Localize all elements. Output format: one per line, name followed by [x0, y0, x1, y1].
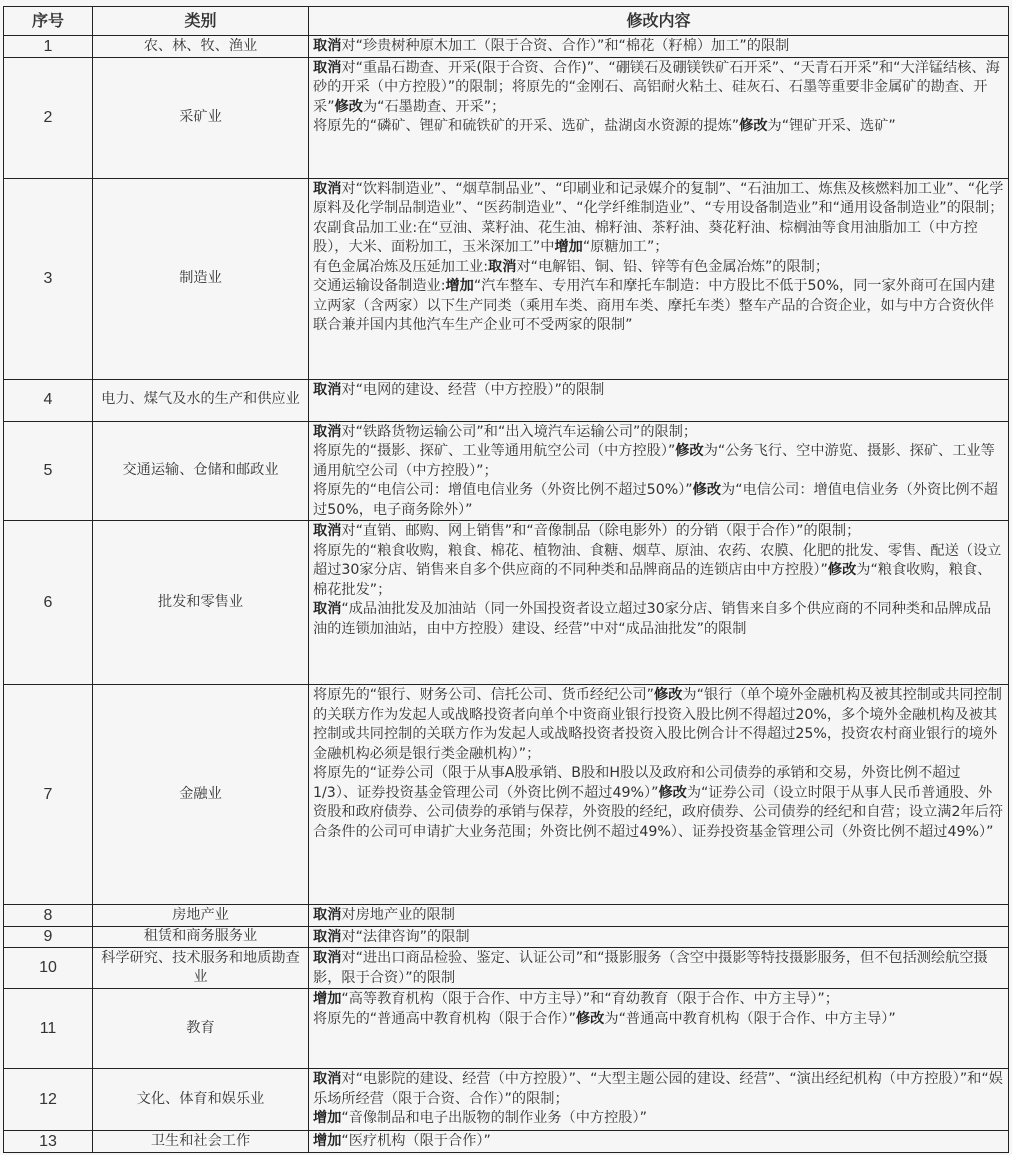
row-number: 10 — [4, 948, 93, 989]
content-text: 对“铁路货物运输公司”和“出入境汽车运输公司”的限制； — [341, 424, 697, 440]
action-keyword: 增加 — [554, 239, 582, 255]
action-keyword: 增加 — [313, 1110, 341, 1126]
row-category: 电力、煤气及水的生产和供应业 — [93, 379, 309, 421]
content-line: 取消对房地产业的限制 — [313, 906, 1004, 926]
content-line: 将原先的“磷矿、锂矿和硫铁矿的开采、选矿，盐湖卤水资源的提炼”修改为“锂矿开采、… — [313, 117, 1004, 137]
row-category: 卫生和社会工作 — [93, 1131, 309, 1153]
content-text: 将原先的“磷矿、锂矿和硫铁矿的开采、选矿，盐湖卤水资源的提炼” — [313, 118, 739, 134]
row-category: 租赁和商务服务业 — [93, 926, 309, 948]
content-text: “医疗机构（限于合作）” — [341, 1133, 490, 1149]
content-line: 取消对“饮料制造业”、“烟草制品业”、“印刷业和记录媒介的复制”、“石油加工、炼… — [313, 180, 1004, 219]
revision-table: 序号 类别 修改内容 1农、林、牧、渔业取消对“珍贵树种原木加工（限于合资、合作… — [3, 6, 1009, 1153]
row-content: 将原先的“银行、财务公司、信托公司、货币经纪公司”修改为“银行（单个境外金融机构… — [309, 685, 1009, 905]
row-category: 教育 — [93, 989, 309, 1069]
content-text: 有色金属冶炼及压延加工业: — [313, 259, 488, 275]
action-keyword: 取消 — [488, 259, 516, 275]
table-row: 6批发和零售业取消对“直销、邮购、网上销售”和“音像制品（除电影外）的分销（限于… — [4, 521, 1009, 685]
row-category: 文化、体育和娱乐业 — [93, 1069, 309, 1131]
content-line: 取消对“法律咨询”的限制 — [313, 928, 1004, 948]
row-number: 9 — [4, 926, 93, 948]
table-row: 3制造业取消对“饮料制造业”、“烟草制品业”、“印刷业和记录媒介的复制”、“石油… — [4, 178, 1009, 379]
content-text: “原糖加工”； — [583, 239, 669, 255]
content-line: 将原先的“电信公司：增值电信业务（外资比例不超过50%）”修改为“电信公司：增值… — [313, 481, 1004, 520]
action-keyword: 取消 — [313, 1071, 341, 1087]
row-content: 取消对房地产业的限制 — [309, 905, 1009, 927]
content-text: 对“电影院的建设、经营（中方控股）”、“大型主题公园的建设、经营”、“演出经纪机… — [313, 1071, 1003, 1107]
row-number: 6 — [4, 521, 93, 685]
row-number: 1 — [4, 36, 93, 58]
content-text: “高等教育机构（限于合作、中方主导）”和“育幼教育（限于合作、中方主导）”； — [341, 991, 839, 1007]
table-row: 4电力、煤气及水的生产和供应业取消对“电网的建设、经营（中方控股）”的限制 — [4, 379, 1009, 421]
action-keyword: 修改 — [576, 1011, 604, 1027]
action-keyword: 取消 — [313, 382, 341, 398]
content-line: 增加“音像制品和电子出版物的制作业务（中方控股）” — [313, 1109, 1004, 1129]
action-keyword: 取消 — [313, 181, 341, 197]
row-content: 取消对“珍贵树种原木加工（限于合资、合作）”和“棉花（籽棉）加工”的限制 — [309, 36, 1009, 58]
action-keyword: 取消 — [313, 950, 341, 966]
content-line: 取消对“电网的建设、经营（中方控股）”的限制 — [313, 381, 1004, 401]
row-number: 3 — [4, 178, 93, 379]
row-number: 2 — [4, 57, 93, 178]
row-number: 5 — [4, 421, 93, 521]
table-body: 1农、林、牧、渔业取消对“珍贵树种原木加工（限于合资、合作）”和“棉花（籽棉）加… — [4, 36, 1009, 1153]
row-number: 11 — [4, 989, 93, 1069]
action-keyword: 取消 — [313, 929, 341, 945]
content-text: 为“锂矿开采、选矿” — [768, 118, 896, 134]
row-number: 13 — [4, 1131, 93, 1153]
table-row: 10科学研究、技术服务和地质勘查业取消对“进出口商品检验、鉴定、认证公司”和“摄… — [4, 948, 1009, 989]
action-keyword: 修改 — [675, 443, 703, 459]
row-content: 取消对“进出口商品检验、鉴定、认证公司”和“摄影服务（含空中摄影等特技摄影服务，… — [309, 948, 1009, 989]
content-text: 将原先的“普通高中教育机构（限于合作）” — [313, 1011, 576, 1027]
content-line: 取消对“电影院的建设、经营（中方控股）”、“大型主题公园的建设、经营”、“演出经… — [313, 1070, 1004, 1109]
action-keyword: 取消 — [313, 60, 341, 76]
table-row: 13卫生和社会工作增加“医疗机构（限于合作）” — [4, 1131, 1009, 1153]
action-keyword: 取消 — [313, 523, 341, 539]
header-number: 序号 — [4, 7, 93, 36]
row-content: 取消对“电网的建设、经营（中方控股）”的限制 — [309, 379, 1009, 421]
row-content: 取消对“重晶石勘查、开采(限于合资、合作)”、“硼镁石及硼镁铁矿石开采”、“天青… — [309, 57, 1009, 178]
action-keyword: 取消 — [313, 424, 341, 440]
row-content: 增加“高等教育机构（限于合作、中方主导）”和“育幼教育（限于合作、中方主导）”；… — [309, 989, 1009, 1069]
table-row: 12文化、体育和娱乐业取消对“电影院的建设、经营（中方控股）”、“大型主题公园的… — [4, 1069, 1009, 1131]
row-content: 取消对“饮料制造业”、“烟草制品业”、“印刷业和记录媒介的复制”、“石油加工、炼… — [309, 178, 1009, 379]
header-content: 修改内容 — [309, 7, 1009, 36]
content-line: 将原先的“证券公司（限于从事A股承销、B股和H股以及政府和公司债券的承销和交易，… — [313, 764, 1004, 842]
table-row: 9租赁和商务服务业取消对“法律咨询”的限制 — [4, 926, 1009, 948]
table-row: 8房地产业取消对房地产业的限制 — [4, 905, 1009, 927]
row-category: 金融业 — [93, 685, 309, 905]
content-text: 对“进出口商品检验、鉴定、认证公司”和“摄影服务（含空中摄影等特技摄影服务，但不… — [313, 950, 988, 986]
row-number: 7 — [4, 685, 93, 905]
content-line: 将原先的“普通高中教育机构（限于合作）”修改为“普通高中教育机构（限于合作、中方… — [313, 1010, 1004, 1030]
content-text: 对房地产业的限制 — [341, 907, 455, 923]
content-text: 将原先的“电信公司：增值电信业务（外资比例不超过50%）” — [313, 482, 693, 498]
action-keyword: 增加 — [313, 1133, 341, 1149]
content-text: 对“直销、邮购、网上销售”和“音像制品（除电影外）的分销（限于合作）”的限制； — [341, 523, 860, 539]
content-text: 对“珍贵树种原木加工（限于合资、合作）”和“棉花（籽棉）加工”的限制 — [341, 38, 789, 54]
action-keyword: 修改 — [828, 562, 856, 578]
content-line: 交通运输设备制造业:增加“汽车整车、专用汽车和摩托车制造：中方股比不低于50%，… — [313, 277, 1004, 336]
row-content: 取消对“电影院的建设、经营（中方控股）”、“大型主题公园的建设、经营”、“演出经… — [309, 1069, 1009, 1131]
action-keyword: 修改 — [739, 118, 767, 134]
table-row: 5交通运输、仓储和邮政业取消对“铁路货物运输公司”和“出入境汽车运输公司”的限制… — [4, 421, 1009, 521]
content-text: 为“石墨勘查、开采”； — [363, 99, 505, 115]
table-row: 7金融业将原先的“银行、财务公司、信托公司、货币经纪公司”修改为“银行（单个境外… — [4, 685, 1009, 905]
table-row: 1农、林、牧、渔业取消对“珍贵树种原木加工（限于合资、合作）”和“棉花（籽棉）加… — [4, 36, 1009, 58]
row-number: 12 — [4, 1069, 93, 1131]
content-line: 有色金属冶炼及压延加工业:取消对“电解铝、铜、铅、锌等有色金属冶炼”的限制； — [313, 258, 1004, 278]
header-category: 类别 — [93, 7, 309, 36]
row-category: 农、林、牧、渔业 — [93, 36, 309, 58]
content-text: 为“普通高中教育机构（限于合作、中方主导）” — [604, 1011, 895, 1027]
action-keyword: 修改 — [335, 99, 363, 115]
content-line: 取消对“重晶石勘查、开采(限于合资、合作)”、“硼镁石及硼镁铁矿石开采”、“天青… — [313, 59, 1004, 118]
content-text: 对“电网的建设、经营（中方控股）”的限制 — [341, 382, 604, 398]
action-keyword: 增加 — [313, 991, 341, 1007]
row-category: 交通运输、仓储和邮政业 — [93, 421, 309, 521]
content-text: 将原先的“摄影、探矿、工业等通用航空公司（中方控股）” — [313, 443, 675, 459]
content-line: 增加“高等教育机构（限于合作、中方主导）”和“育幼教育（限于合作、中方主导）”； — [313, 990, 1004, 1010]
content-text: 对“电解铝、铜、铅、锌等有色金属冶炼”的限制； — [516, 259, 829, 275]
content-line: 取消对“铁路货物运输公司”和“出入境汽车运输公司”的限制； — [313, 423, 1004, 443]
action-keyword: 取消 — [313, 907, 341, 923]
row-category: 制造业 — [93, 178, 309, 379]
row-content: 增加“医疗机构（限于合作）” — [309, 1131, 1009, 1153]
table-header-row: 序号 类别 修改内容 — [4, 7, 1009, 36]
row-number: 4 — [4, 379, 93, 421]
content-line: 取消对“进出口商品检验、鉴定、认证公司”和“摄影服务（含空中摄影等特技摄影服务，… — [313, 949, 1004, 988]
action-keyword: 修改 — [658, 785, 686, 801]
content-line: 取消“成品油批发及加油站（同一外国投资者设立超过30家分店、销售来自多个供应商的… — [313, 600, 1004, 639]
row-category: 科学研究、技术服务和地质勘查业 — [93, 948, 309, 989]
content-line: 农副食品加工业:在“豆油、菜籽油、花生油、棉籽油、茶籽油、葵花籽油、棕榈油等食用… — [313, 219, 1004, 258]
row-number: 8 — [4, 905, 93, 927]
row-category: 房地产业 — [93, 905, 309, 927]
table-row: 2采矿业取消对“重晶石勘查、开采(限于合资、合作)”、“硼镁石及硼镁铁矿石开采”… — [4, 57, 1009, 178]
content-text: 交通运输设备制造业: — [313, 278, 445, 294]
content-line: 将原先的“银行、财务公司、信托公司、货币经纪公司”修改为“银行（单个境外金融机构… — [313, 686, 1004, 764]
row-content: 取消对“铁路货物运输公司”和“出入境汽车运输公司”的限制；将原先的“摄影、探矿、… — [309, 421, 1009, 521]
action-keyword: 取消 — [313, 601, 341, 617]
action-keyword: 增加 — [445, 278, 473, 294]
row-content: 取消对“直销、邮购、网上销售”和“音像制品（除电影外）的分销（限于合作）”的限制… — [309, 521, 1009, 685]
content-line: 增加“医疗机构（限于合作）” — [313, 1132, 1004, 1152]
action-keyword: 取消 — [313, 38, 341, 54]
content-line: 取消对“直销、邮购、网上销售”和“音像制品（除电影外）的分销（限于合作）”的限制… — [313, 522, 1004, 542]
row-content: 取消对“法律咨询”的限制 — [309, 926, 1009, 948]
action-keyword: 修改 — [693, 482, 721, 498]
content-line: 取消对“珍贵树种原木加工（限于合资、合作）”和“棉花（籽棉）加工”的限制 — [313, 37, 1004, 57]
content-line: 将原先的“粮食收购，粮食、棉花、植物油、食糖、烟草、原油、农药、农膜、化肥的批发… — [313, 542, 1004, 601]
content-text: “成品油批发及加油站（同一外国投资者设立超过30家分店、销售来自多个供应商的不同… — [313, 601, 991, 637]
content-text: 对“法律咨询”的限制 — [341, 929, 469, 945]
row-category: 批发和零售业 — [93, 521, 309, 685]
content-line: 将原先的“摄影、探矿、工业等通用航空公司（中方控股）”修改为“公务飞行、空中游览… — [313, 442, 1004, 481]
content-text: “音像制品和电子出版物的制作业务（中方控股）” — [341, 1110, 647, 1126]
content-text: 对“饮料制造业”、“烟草制品业”、“印刷业和记录媒介的复制”、“石油加工、炼焦及… — [313, 181, 1003, 217]
content-text: 将原先的“银行、财务公司、信托公司、货币经纪公司” — [313, 687, 654, 703]
table-row: 11教育增加“高等教育机构（限于合作、中方主导）”和“育幼教育（限于合作、中方主… — [4, 989, 1009, 1069]
action-keyword: 修改 — [654, 687, 682, 703]
row-category: 采矿业 — [93, 57, 309, 178]
